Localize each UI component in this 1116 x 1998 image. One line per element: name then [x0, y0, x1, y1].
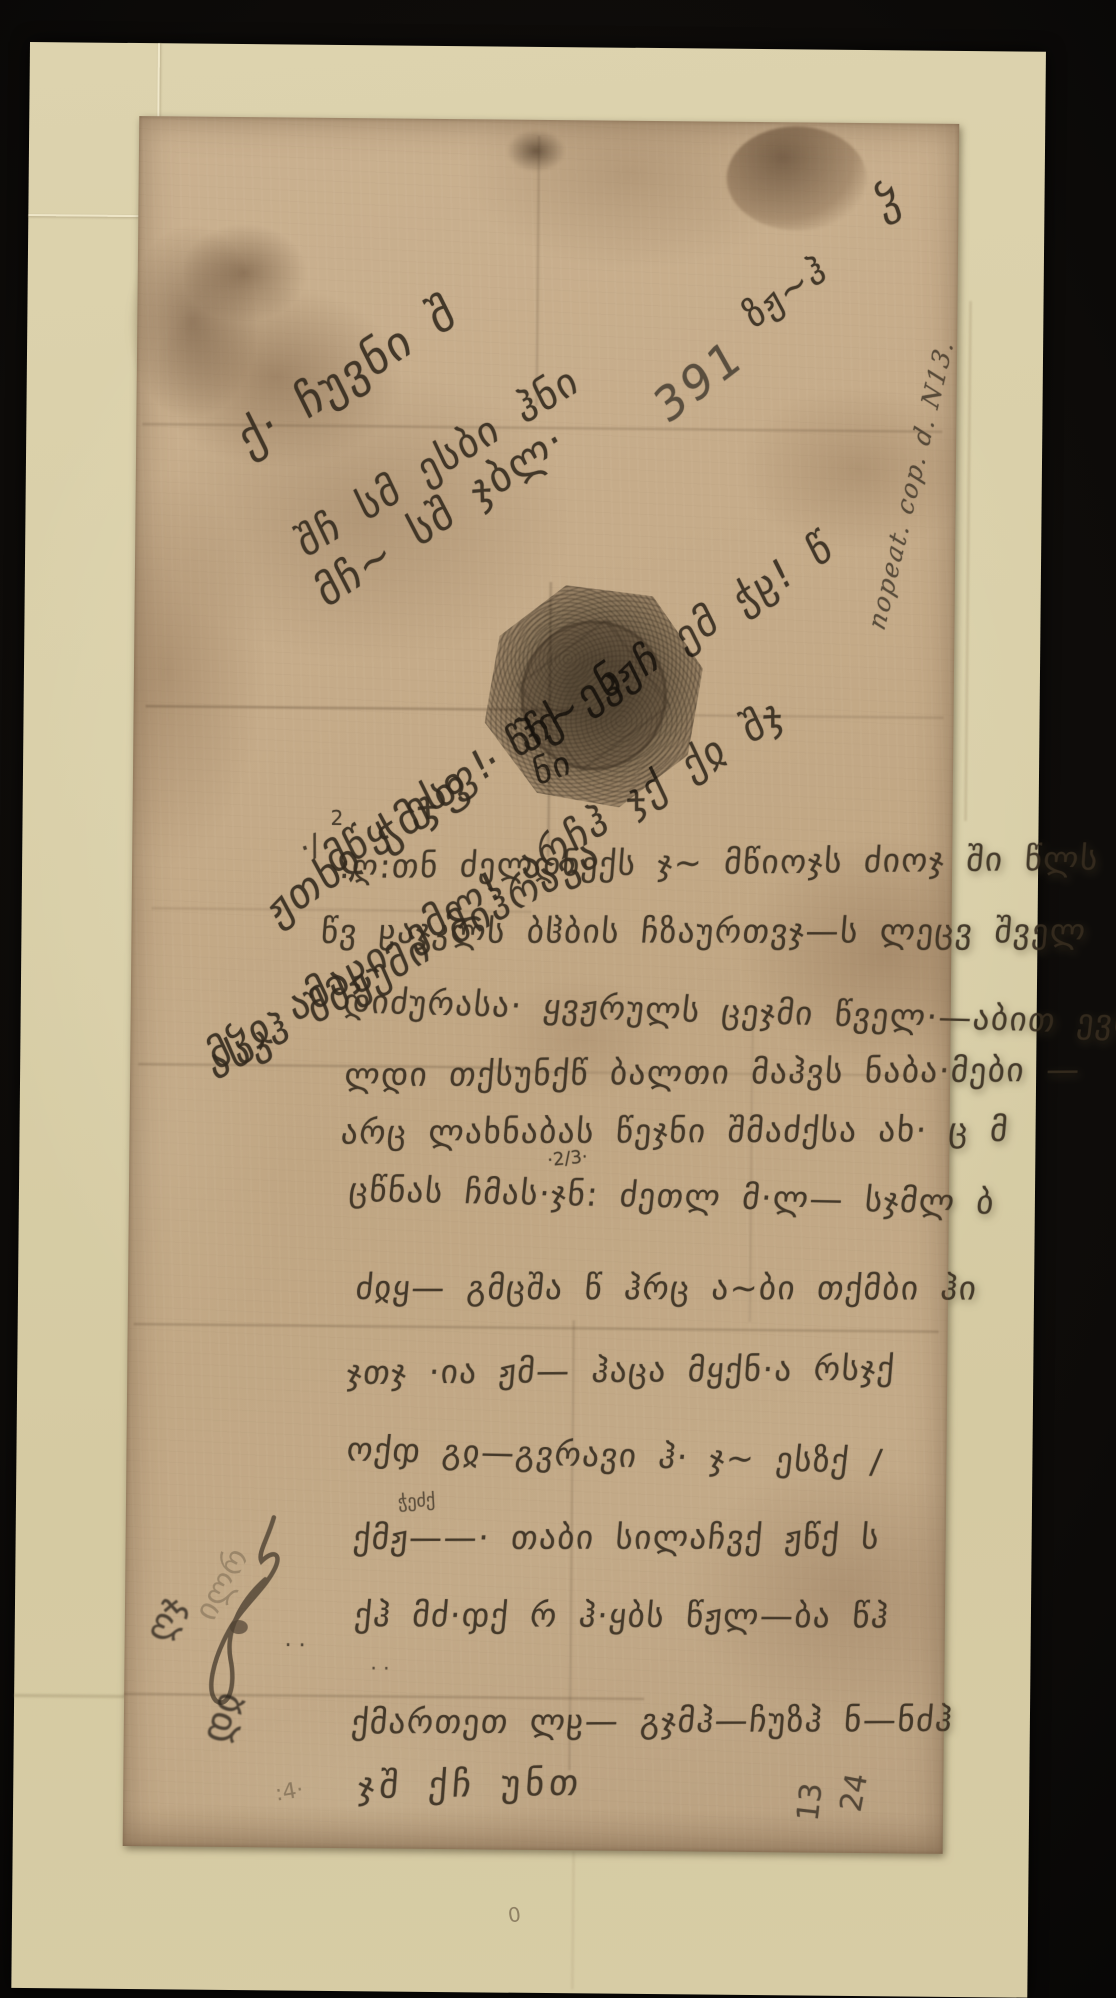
mat-handwritten-zero-mark: 0	[507, 1902, 523, 1927]
photograph-of-manuscript: 0 ქ·	[0, 0, 1116, 1998]
aged-manuscript-paper: ქ· ჩუვნი შ მჩ~ სშ ჯბლ· შჩ სმ ესბი ჰნი მწ…	[123, 116, 960, 1854]
cream-backing-mat: 0 ქ·	[11, 42, 1046, 1998]
mat-crease	[14, 1694, 136, 1698]
manuscript-paper-wrapper: ქ· ჩუვნი შ მჩ~ სშ ჯბლ· შჩ სმ ესბი ჰნი მწ…	[123, 116, 960, 1854]
mat-crease	[965, 301, 972, 821]
mat-crease	[571, 1851, 574, 1989]
paper-edge-shading	[123, 116, 960, 1854]
